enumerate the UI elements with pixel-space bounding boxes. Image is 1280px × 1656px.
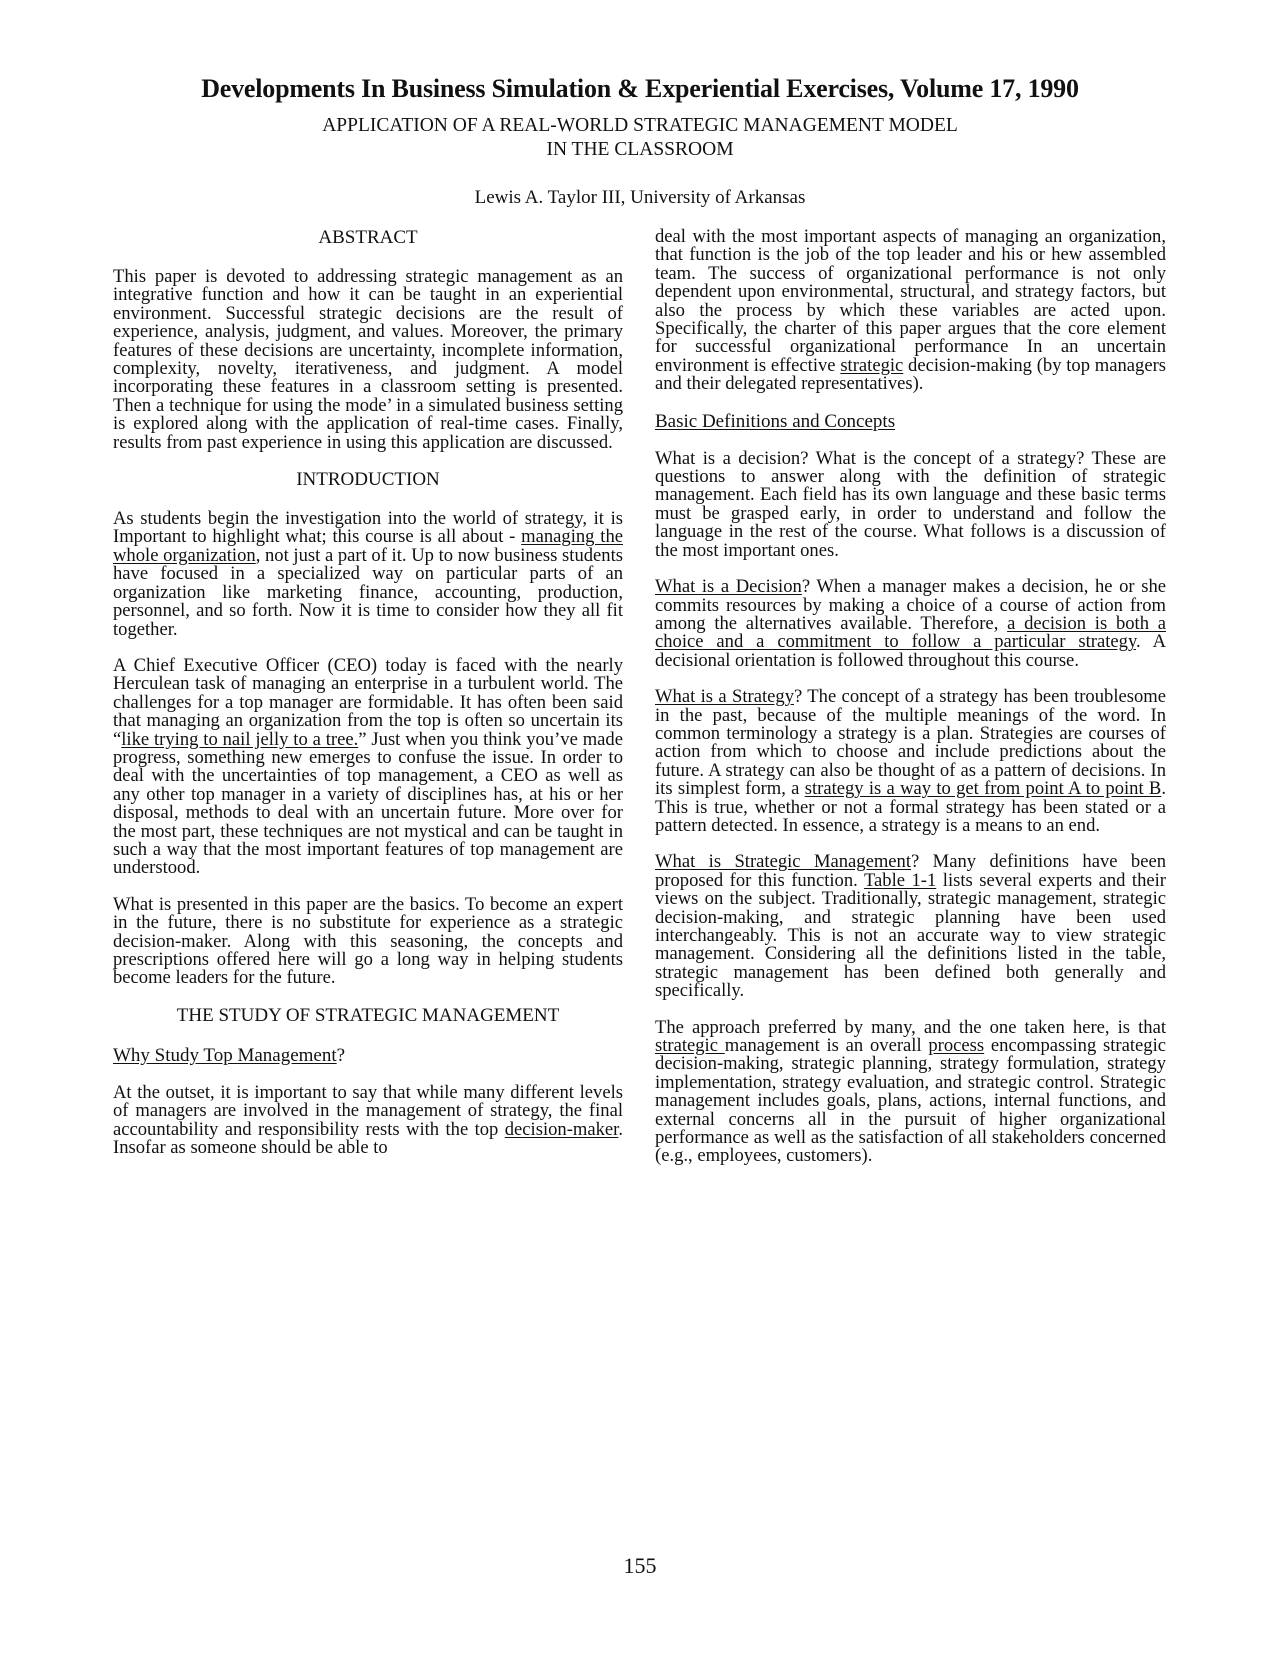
paper-title: APPLICATION OF A REAL-WORLD STRATEGIC MA… [0, 114, 1280, 162]
subheading-underlined: Basic Definitions and Concepts [655, 411, 895, 432]
study-heading: THE STUDY OF STRATEGIC MANAGEMENT [113, 1006, 623, 1026]
introduction-heading: INTRODUCTION [113, 470, 623, 490]
paper-title-line-2: IN THE CLASSROOM [0, 138, 1280, 162]
introduction-paragraph-3: What is presented in this paper are the … [113, 896, 623, 988]
approach-paragraph: The approach preferred by many, and the … [655, 1019, 1166, 1166]
text-span: deal with the most important aspects of … [655, 226, 1166, 376]
text-span: ? [337, 1045, 345, 1066]
decision-paragraph: What is a Decision? When a manager makes… [655, 578, 1166, 670]
journal-header: Developments In Business Simulation & Ex… [0, 74, 1280, 104]
page-number: 155 [0, 1553, 1280, 1579]
introduction-paragraph-2: A Chief Executive Officer (CEO) today is… [113, 657, 623, 878]
abstract-heading: ABSTRACT [113, 228, 623, 248]
paper-title-line-1: APPLICATION OF A REAL-WORLD STRATEGIC MA… [0, 114, 1280, 138]
text-span: ” Just when you think you’ve made progre… [113, 729, 623, 879]
why-study-subheading: Why Study Top Management? [113, 1046, 623, 1066]
text-span: encompassing strategic decision-making, … [655, 1035, 1166, 1166]
basic-definitions-paragraph: What is a decision? What is the concept … [655, 450, 1166, 560]
left-column: ABSTRACT This paper is devoted to addres… [113, 228, 623, 1175]
abstract-text: This paper is devoted to addressing stra… [113, 268, 623, 452]
right-column: deal with the most important aspects of … [655, 228, 1166, 1184]
continued-paragraph: deal with the most important aspects of … [655, 228, 1166, 394]
basic-definitions-subheading: Basic Definitions and Concepts [655, 412, 1166, 432]
underlined-term: decision-maker [505, 1119, 619, 1140]
strategy-paragraph: What is a Strategy? The concept of a str… [655, 688, 1166, 835]
strategic-management-paragraph: What is Strategic Management? Many defin… [655, 853, 1166, 1000]
author-line: Lewis A. Taylor III, University of Arkan… [0, 187, 1280, 209]
why-study-paragraph: At the outset, it is important to say th… [113, 1084, 623, 1158]
introduction-paragraph-1: As students begin the investigation into… [113, 510, 623, 639]
subheading-underlined: Why Study Top Management [113, 1045, 337, 1066]
text-span: lists several experts and their views on… [655, 870, 1166, 1001]
